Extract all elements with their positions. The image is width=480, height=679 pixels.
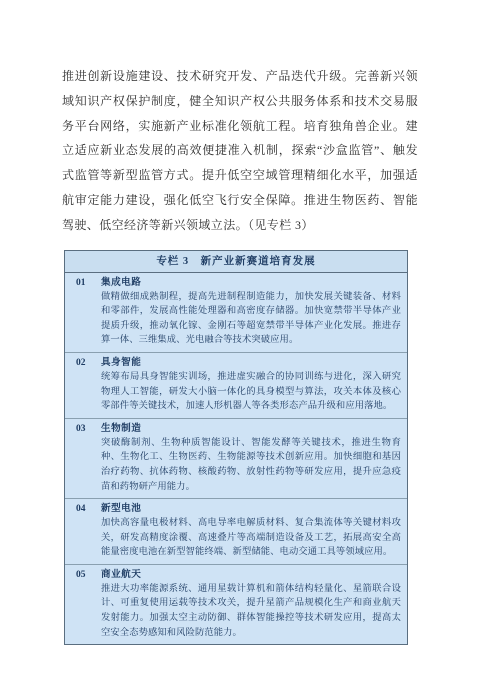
box-title: 专栏 3 新产业新赛道培育发展 <box>65 251 407 273</box>
box-row: 05 商业航天 推进大功率能源系统、通用星载计算机和箭体结构轻量化、星箭联合设计… <box>65 564 407 644</box>
row-number: 05 <box>76 568 86 582</box>
box-row: 04 新型电池 加快高容量电极材料、高电导率电解质材料、复合集流体等关键材料攻关… <box>65 498 407 564</box>
row-title: 新型电池 <box>101 502 401 516</box>
callout-box: 专栏 3 新产业新赛道培育发展 01 集成电路 做精做细成熟制程，提高先进制程制… <box>64 250 408 646</box>
document-page: 推进创新设施建设、技术研究开发、产品迭代升级。完善新兴领域知识产权保护制度，健全… <box>0 0 480 679</box>
row-number: 02 <box>76 356 86 370</box>
body-paragraph: 推进创新设施建设、技术研究开发、产品迭代升级。完善新兴领域知识产权保护制度，健全… <box>62 64 418 238</box>
row-number: 01 <box>76 276 86 290</box>
row-number: 03 <box>76 422 86 436</box>
row-title: 集成电路 <box>101 276 401 290</box>
row-body: 推进大功率能源系统、通用星载计算机和箭体结构轻量化、星箭联合设计、可重复使用运载… <box>101 582 401 640</box>
box-row: 02 具身智能 统筹布局具身智能实训场，推进虚实融合的协同训练与进化，深入研究物… <box>65 352 407 418</box>
row-title: 生物制造 <box>101 422 401 436</box>
box-row: 01 集成电路 做精做细成熟制程，提高先进制程制造能力，加快发展关键装备、材料和… <box>65 273 407 352</box>
row-title: 商业航天 <box>101 568 401 582</box>
row-body: 做精做细成熟制程，提高先进制程制造能力，加快发展关键装备、材料和零部件，发展高性… <box>101 290 401 348</box>
row-title: 具身智能 <box>101 356 401 370</box>
row-body: 统筹布局具身智能实训场，推进虚实融合的协同训练与进化，深入研究物理人工智能，研发… <box>101 370 401 414</box>
row-body: 加快高容量电极材料、高电导率电解质材料、复合集流体等关键材料攻关，研发高精度涂覆… <box>101 516 401 560</box>
row-number: 04 <box>76 502 86 516</box>
box-row: 03 生物制造 突破酶制剂、生物种质智能设计、智能发酵等关键技术，推进生物育种、… <box>65 418 407 498</box>
row-body: 突破酶制剂、生物种质智能设计、智能发酵等关键技术，推进生物育种、生物化工、生物医… <box>101 436 401 494</box>
